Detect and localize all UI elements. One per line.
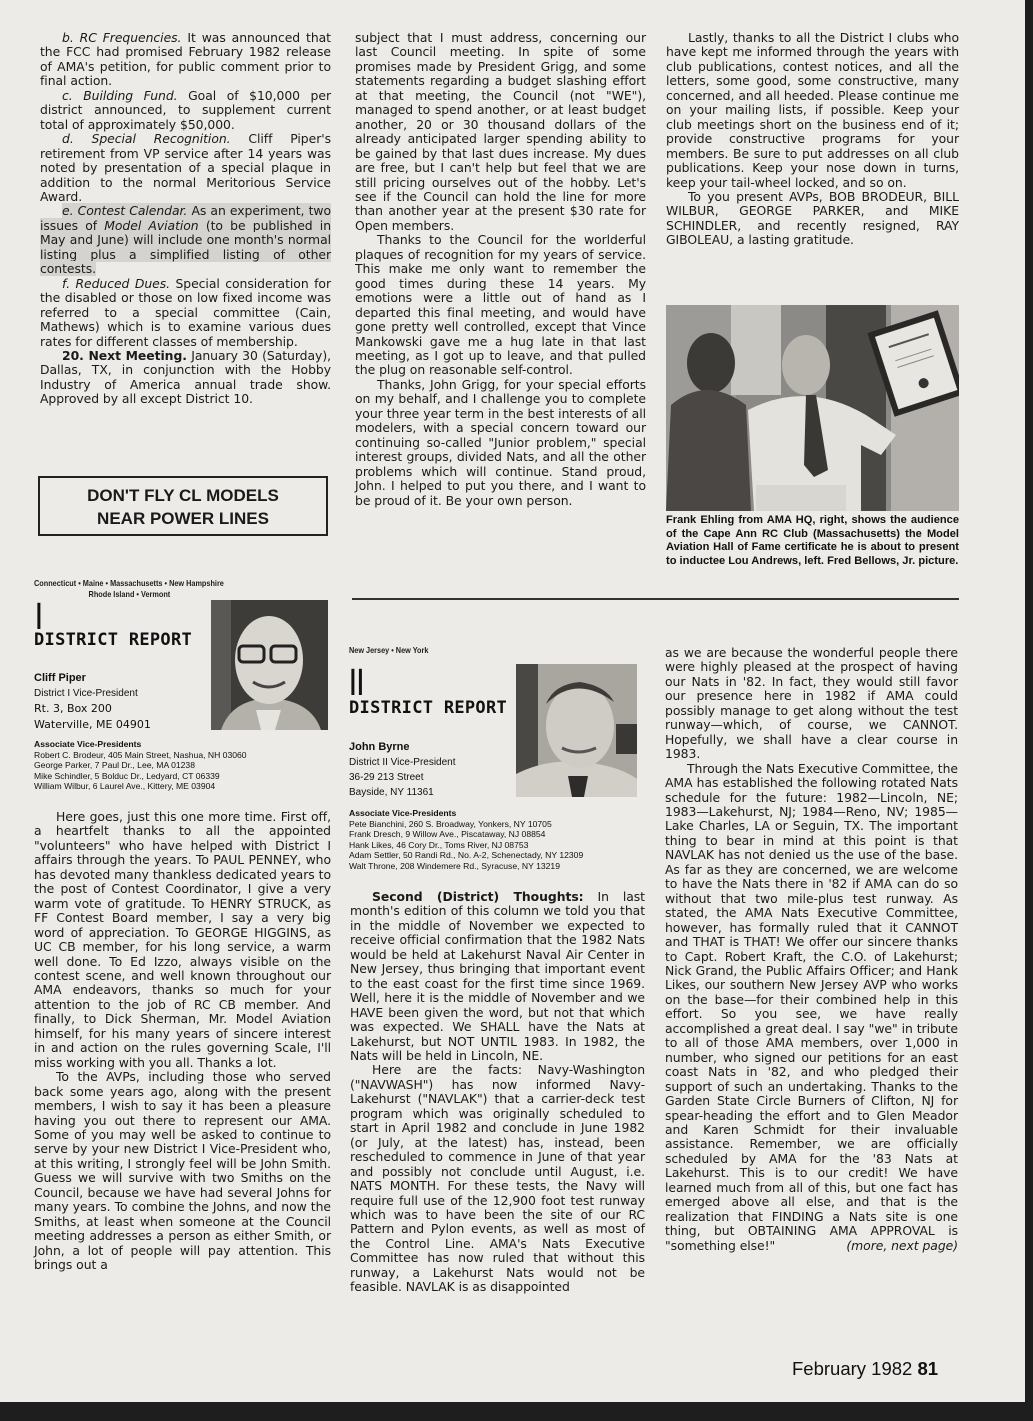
item-rc-frequencies: b. RC Frequencies. It was announced that… xyxy=(40,31,331,89)
paragraph: subject that I must address, concerning … xyxy=(355,31,646,233)
column-3-top: Lastly, thanks to all the District I clu… xyxy=(666,31,959,248)
safety-warning-box: DON'T FLY CL MODELS NEAR POWER LINES xyxy=(38,476,328,536)
district-1-body: Here goes, just this one more time. Firs… xyxy=(34,810,331,1273)
paragraph: Lastly, thanks to all the District I clu… xyxy=(666,31,959,190)
paragraph: Here are the facts: Navy-Washington ("NA… xyxy=(350,1063,645,1294)
continued-next-page: (more, next page) xyxy=(824,1239,958,1253)
warning-line-2: NEAR POWER LINES xyxy=(40,507,326,530)
district-1-vp-name: Cliff Piper xyxy=(34,672,86,684)
magazine-page: b. RC Frequencies. It was announced that… xyxy=(0,0,1025,1402)
paragraph: To you present AVPs, BOB BRODEUR, BILL W… xyxy=(666,190,959,248)
district-2-body-continued: as we are because the wonderful people t… xyxy=(665,646,958,1253)
avp-entry: Walt Throne, 208 Windemere Rd., Syracuse… xyxy=(349,861,669,872)
john-byrne-portrait xyxy=(516,664,637,797)
item-reduced-dues: f. Reduced Dues. Special consideration f… xyxy=(40,277,331,349)
warning-line-1: DON'T FLY CL MODELS xyxy=(40,484,326,507)
issue-date: February 1982 xyxy=(792,1358,912,1379)
avp-heading: Associate Vice-Presidents xyxy=(349,808,669,819)
avp-entry: William Wilbur, 6 Laurel Ave., Kittery, … xyxy=(34,781,334,792)
section-divider xyxy=(352,598,959,600)
district-1-address-line-2: Waterville, ME 04901 xyxy=(34,717,151,732)
district-2-avp-list: Associate Vice-Presidents Pete Bianchini… xyxy=(349,808,669,872)
item-next-meeting: 20. Next Meeting. January 30 (Saturday),… xyxy=(40,349,331,407)
portrait-illustration xyxy=(516,664,637,797)
district-1-title: DISTRICT REPORT xyxy=(34,630,192,650)
paragraph: Through the Nats Executive Committee, th… xyxy=(665,762,958,1253)
avp-entry: Adam Settler, 50 Randi Rd., No. A-2, Sch… xyxy=(349,850,669,861)
paragraph: as we are because the wonderful people t… xyxy=(665,646,958,762)
district-1-avp-list: Associate Vice-Presidents Robert C. Brod… xyxy=(34,739,334,792)
district-1-states: Connecticut • Maine • Massachusetts • Ne… xyxy=(34,578,263,600)
portrait-illustration xyxy=(211,600,328,730)
avp-entry: George Parker, 7 Paul Dr., Lee, MA 01238 xyxy=(34,760,334,771)
avp-entry: Robert C. Brodeur, 405 Main Street, Nash… xyxy=(34,750,334,761)
district-2-vp-role: District II Vice-President xyxy=(349,756,456,769)
cliff-piper-portrait xyxy=(211,600,328,730)
item-special-recognition: d. Special Recognition. Cliff Piper's re… xyxy=(40,132,331,204)
photo-caption: Frank Ehling from AMA HQ, right, shows t… xyxy=(666,514,959,568)
district-1-vp-role: District I Vice-President xyxy=(34,687,138,700)
item-building-fund: c. Building Fund. Goal of $10,000 per di… xyxy=(40,89,331,132)
avp-entry: Frank Dresch, 9 Willow Ave., Piscataway,… xyxy=(349,829,669,840)
column-2-top: subject that I must address, concerning … xyxy=(355,31,646,508)
paragraph: Second (District) Thoughts: In last mont… xyxy=(350,890,645,1063)
item-contest-calendar: e. Contest Calendar. As an experiment, t… xyxy=(40,204,331,276)
district-2-address-line-1: 36-29 213 Street xyxy=(349,771,424,784)
district-2-states: New Jersey • New York xyxy=(349,645,428,656)
avp-entry: Pete Bianchini, 260 S. Broadway, Yonkers… xyxy=(349,819,669,830)
page-number: 81 xyxy=(917,1358,938,1379)
district-1-address-line-1: Rt. 3, Box 200 xyxy=(34,701,112,716)
paragraph: Thanks, John Grigg, for your special eff… xyxy=(355,378,646,508)
hall-of-fame-photo xyxy=(666,305,959,511)
district-2-title: DISTRICT REPORT xyxy=(349,698,507,718)
paragraph: Thanks to the Council for the worlderful… xyxy=(355,233,646,378)
avp-entry: Mike Schindler, 5 Bolduc Dr., Ledyard, C… xyxy=(34,771,334,782)
page-footer: February 1982 81 xyxy=(792,1358,938,1380)
paragraph: Here goes, just this one more time. Firs… xyxy=(34,810,331,1070)
column-1-top: b. RC Frequencies. It was announced that… xyxy=(40,31,331,407)
district-2-address-line-2: Bayside, NY 11361 xyxy=(349,786,434,799)
paragraph: To the AVPs, including those who served … xyxy=(34,1070,331,1272)
district-2-vp-name: John Byrne xyxy=(349,741,410,753)
photo-illustration xyxy=(666,305,959,511)
district-2-body: Second (District) Thoughts: In last mont… xyxy=(350,890,645,1295)
avp-entry: Hank Likes, 46 Cory Dr., Toms River, NJ … xyxy=(349,840,669,851)
avp-heading: Associate Vice-Presidents xyxy=(34,739,334,750)
district-2-number: II xyxy=(350,664,365,702)
